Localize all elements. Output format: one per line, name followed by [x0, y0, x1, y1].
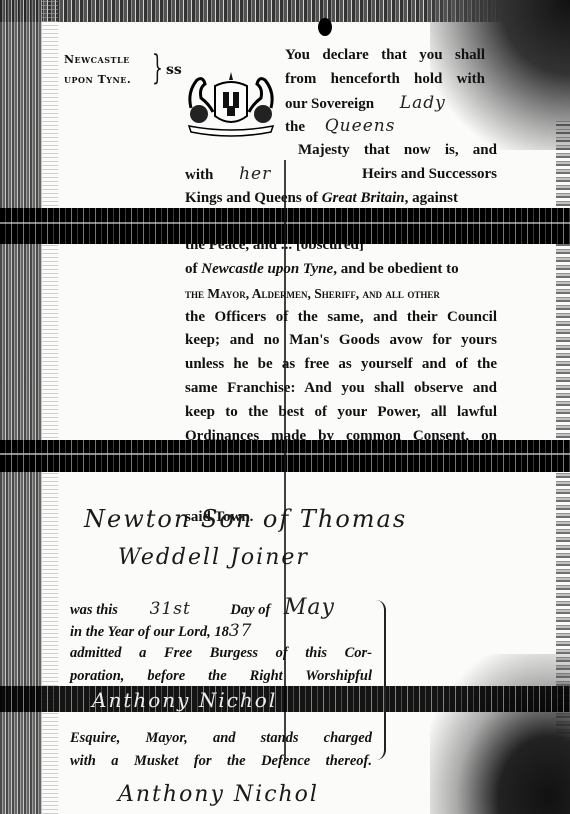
handwritten-mayor-name: Anthony Nichol: [92, 688, 277, 712]
oath-line: keep; and no Man's Goods avow for yours: [185, 329, 497, 353]
admission-line: in the Year of our Lord, 1837: [70, 620, 372, 643]
scan-corner-bottom-right: [430, 654, 570, 814]
place-line-1: Newcastle: [64, 50, 131, 70]
handwritten-pronoun: her: [239, 164, 271, 184]
handwritten-title: Queens: [325, 116, 396, 136]
oath-line: the Officers of the same, and their Coun…: [185, 306, 497, 330]
oath-line: Kings and Queens of Great Britain, again…: [185, 187, 497, 211]
handwritten-name-line-1: Newton Son of Thomas: [84, 505, 407, 533]
oath-line: the Mayor, Aldermen, Sheriff, and all ot…: [185, 282, 497, 306]
dark-fold-band: [0, 686, 570, 712]
oath-line: keep to the best of your Power, all lawf…: [185, 401, 497, 425]
oath-line-obscured: [185, 472, 497, 496]
charge-line: with a Musket for the Defence thereof.: [70, 750, 372, 773]
scanned-document-page: Newcastle upon Tyne. } ss You declare th…: [0, 0, 570, 814]
handwritten-name-line-2: Weddell Joiner: [118, 545, 309, 570]
admission-line: poration, before the Right Worshipful: [70, 665, 372, 688]
charge-paragraph: Esquire, Mayor, and stands charged with …: [70, 727, 372, 772]
oath-line: the Queens: [285, 115, 485, 139]
place-heading: Newcastle upon Tyne.: [64, 50, 131, 90]
oath-line: from henceforth hold with: [285, 68, 485, 92]
oath-line: You declare that you shall: [285, 44, 485, 68]
handwritten-year: 37: [229, 621, 253, 641]
admission-line: was this 31st Day of May: [70, 597, 372, 620]
handwritten-sovereign: Lady: [400, 93, 446, 113]
admission-line: admitted a Free Burgess of this Cor-: [70, 642, 372, 665]
brace-mark: }: [152, 48, 163, 88]
handwritten-month: May: [284, 595, 335, 620]
punch-hole: [318, 18, 332, 36]
coat-of-arms-icon: [185, 68, 277, 138]
admission-paragraph: was this 31st Day of May in the Year of …: [70, 597, 372, 687]
oath-line: with her Heirs and Successors: [185, 163, 497, 187]
oath-line: our Sovereign Lady: [285, 92, 485, 116]
handwritten-day: 31st: [150, 599, 191, 619]
ss-mark: ss: [166, 62, 182, 78]
oath-line: unless he be as free as yourself and of …: [185, 353, 497, 377]
oath-line: Majesty that now is, and: [185, 139, 497, 163]
charge-line: Esquire, Mayor, and stands charged: [70, 727, 372, 750]
closing-bracket: [376, 600, 386, 760]
oath-line: same Franchise: And you shall observe an…: [185, 377, 497, 401]
mayor-signature: Anthony Nichol: [118, 782, 319, 807]
place-line-2: upon Tyne.: [64, 70, 131, 90]
oath-line: of Newcastle upon Tyne, and be obedient …: [185, 258, 497, 282]
oath-paragraph-top: You declare that you shall from hencefor…: [285, 44, 485, 139]
